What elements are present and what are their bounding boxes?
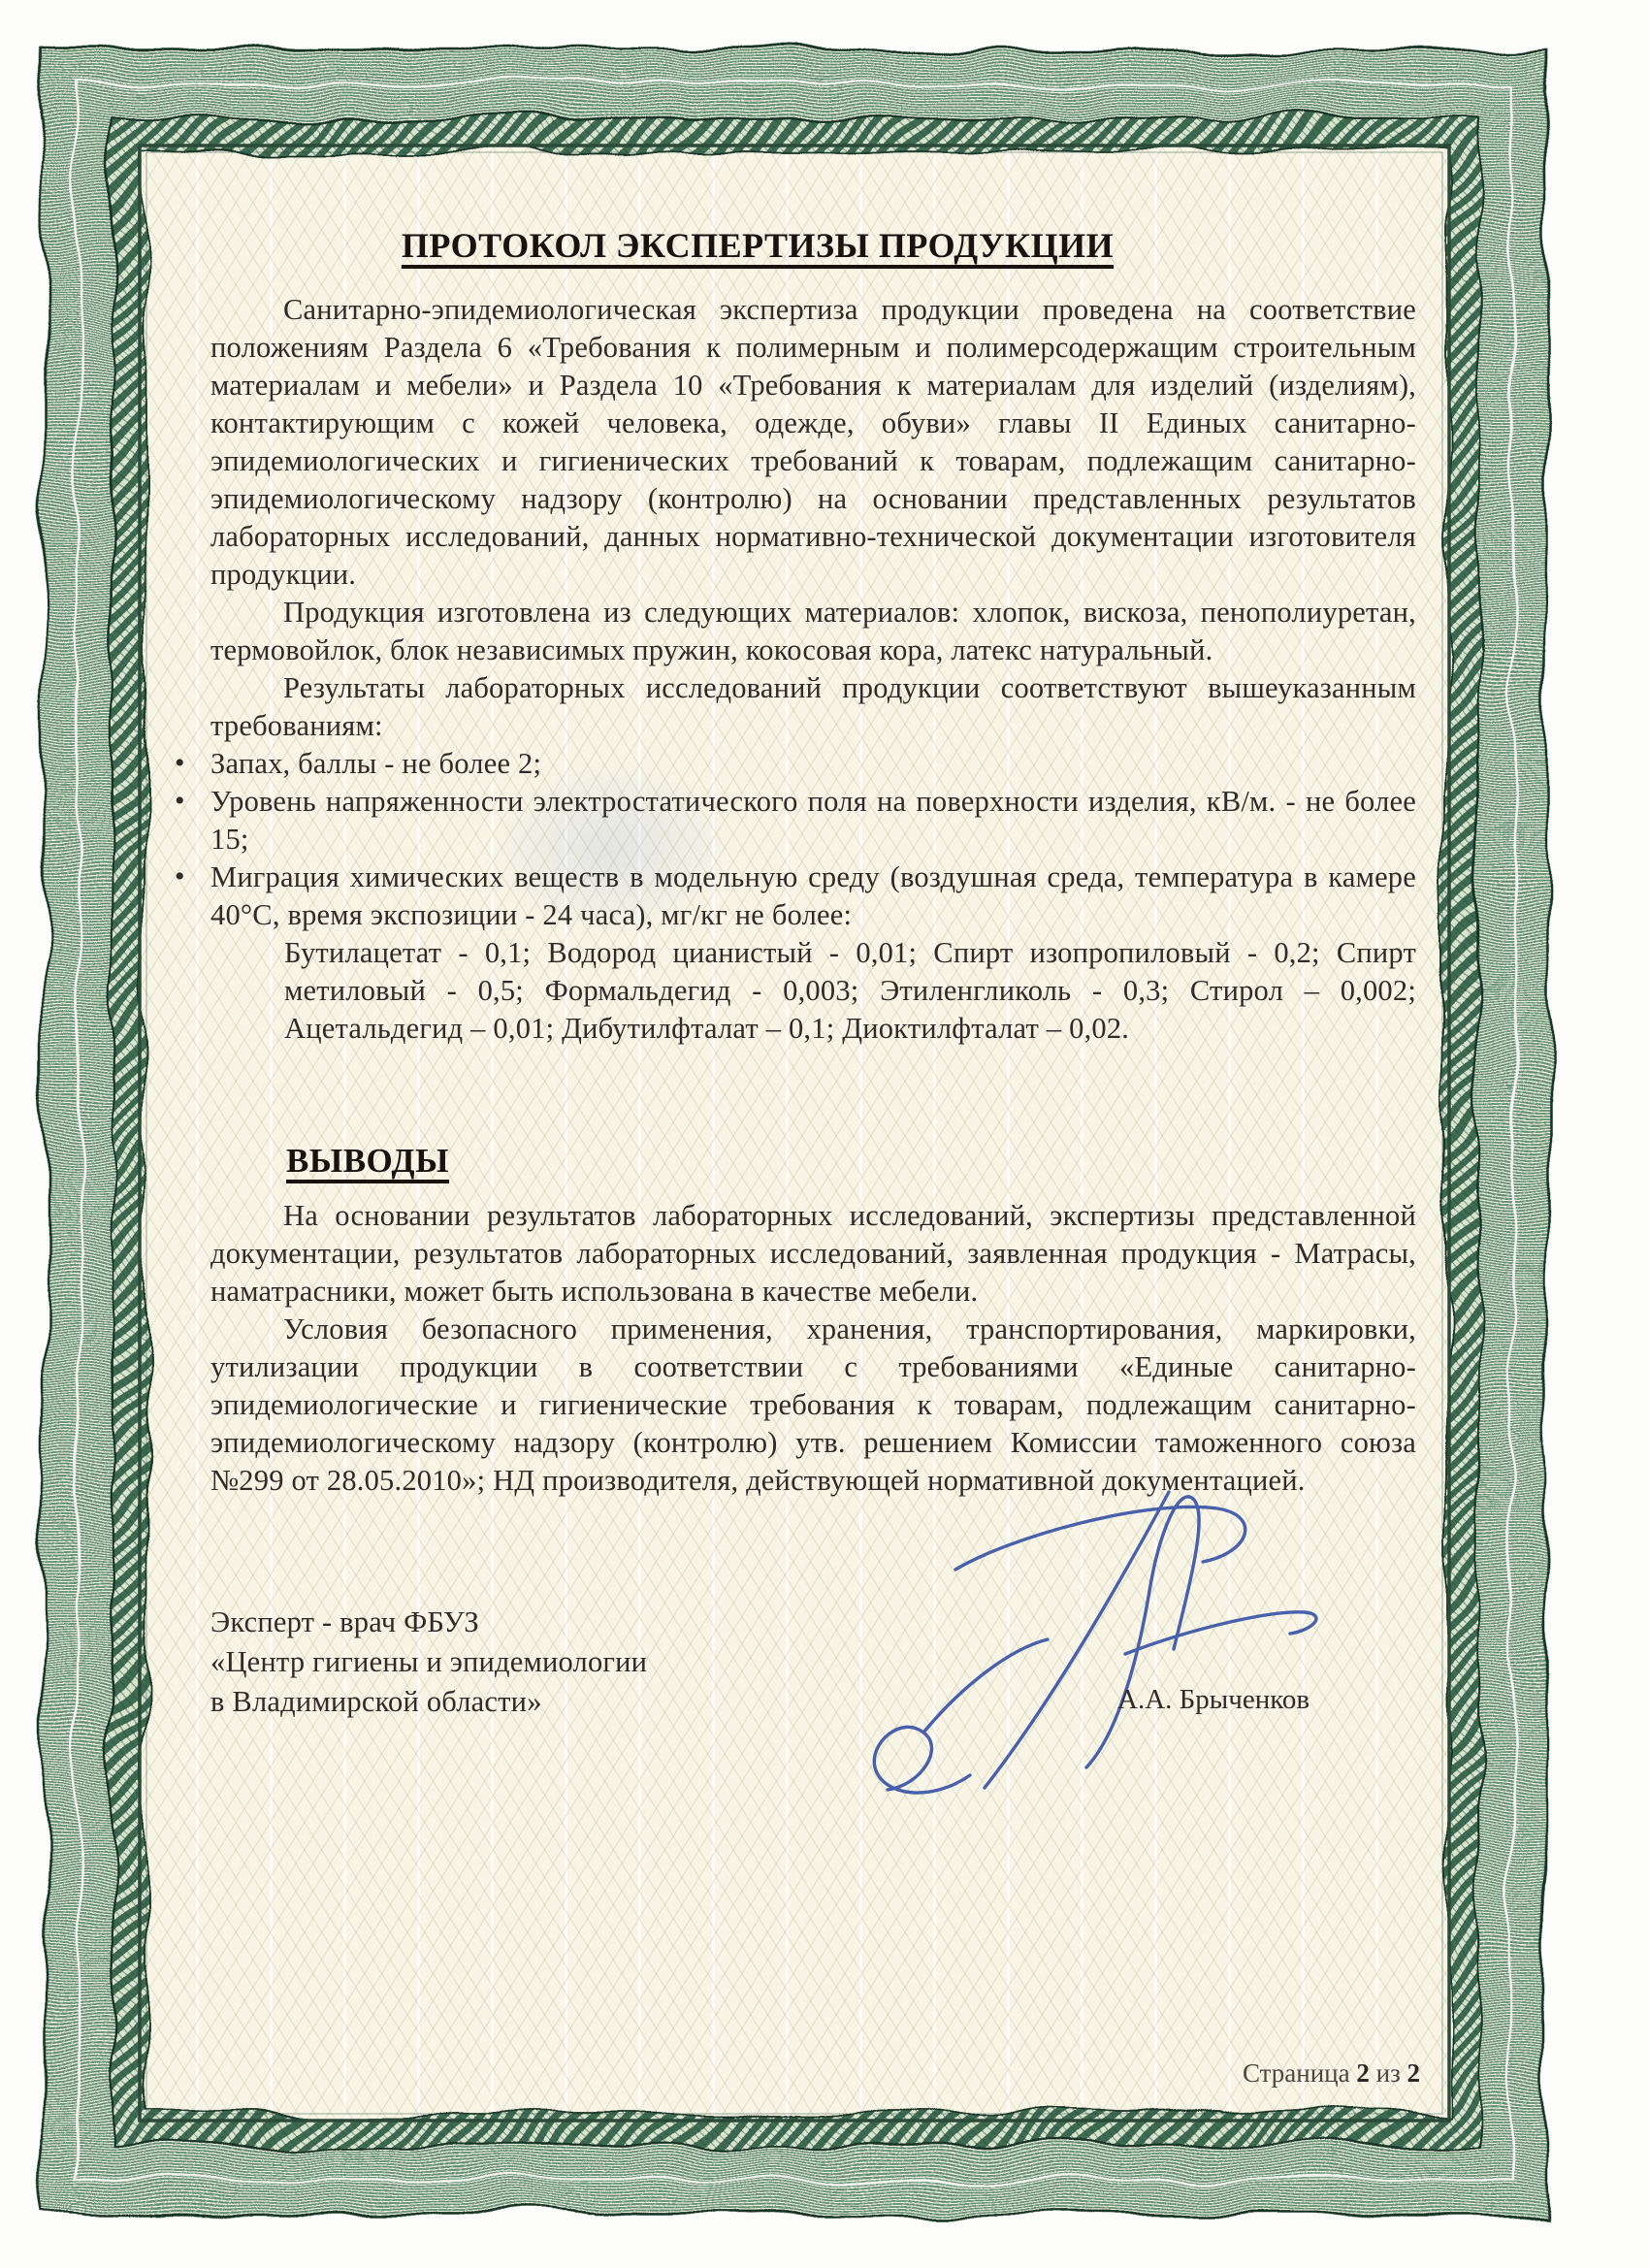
conclusions-paragraph-1: На основании результатов лабораторных ис… (210, 1197, 1416, 1311)
expert-line-1: Эксперт - врач ФБУЗ (210, 1603, 647, 1642)
bullet-icon: • (175, 782, 185, 820)
page-footer: Страница 2 из 2 (1243, 2058, 1420, 2089)
requirement-item-migration: • Миграция химических веществ в модельну… (210, 859, 1416, 934)
requirement-text: Запах, баллы - не более 2; (210, 745, 1416, 783)
expert-block: Эксперт - врач ФБУЗ «Центр гигиены и эпи… (210, 1603, 647, 1722)
results-paragraph: Результаты лабораторных исследований про… (210, 669, 1416, 745)
footer-page-total: 2 (1407, 2058, 1421, 2088)
footer-label: Страница (1243, 2058, 1350, 2088)
materials-paragraph: Продукция изготовлена из следующих матер… (210, 594, 1416, 669)
footer-page-current: 2 (1356, 2058, 1370, 2088)
footer-separator: из (1376, 2058, 1401, 2088)
requirement-item-electrostatic: • Уровень напряженности электростатическ… (210, 783, 1416, 859)
expert-line-2: «Центр гигиены и эпидемиологии (210, 1642, 647, 1682)
chemicals-paragraph: Бутилацетат - 0,1; Водород цианистый - 0… (284, 934, 1416, 1048)
document-title: ПРОТОКОЛ ЭКСПЕРТИЗЫ ПРОДУКЦИИ (210, 224, 1305, 267)
signature-name: А.А. Брыченков (1117, 1684, 1309, 1716)
requirements-list: • Запах, баллы - не более 2; • Уровень н… (210, 745, 1416, 934)
bullet-icon: • (175, 858, 185, 895)
bullet-icon: • (175, 744, 185, 782)
document-content: ПРОТОКОЛ ЭКСПЕРТИЗЫ ПРОДУКЦИИ Санитарно-… (210, 141, 1416, 1500)
requirement-text: Уровень напряженности электростатическог… (210, 783, 1416, 859)
requirement-item-odor: • Запах, баллы - не более 2; (210, 745, 1416, 783)
expert-line-3: в Владимирской области» (210, 1682, 647, 1722)
requirement-text: Миграция химических веществ в модельную … (210, 859, 1416, 934)
scanned-certificate-page: ПРОТОКОЛ ЭКСПЕРТИЗЫ ПРОДУКЦИИ Санитарно-… (0, 0, 1649, 2268)
intro-paragraph-1: Санитарно-эпидемиологическая экспертиза … (210, 291, 1416, 594)
conclusions-heading: ВЫВОДЫ (286, 1140, 1416, 1183)
signature-scrawl (854, 1455, 1358, 1824)
